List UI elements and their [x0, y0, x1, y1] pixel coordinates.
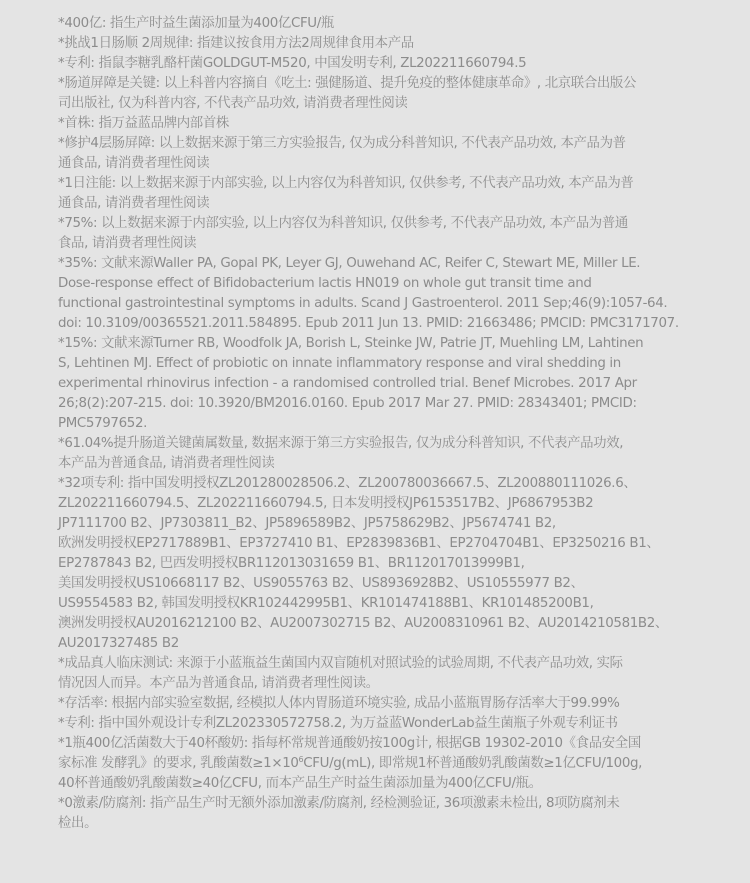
note-40-cups-yogurt: *1瓶400亿活菌数大于40杯酸奶: 指每杯常规普通酸奶按100g计, 根据GB…: [58, 734, 696, 794]
note-line: *肠道屏障是关键: 以上科普内容摘自《吃土: 强健肠道、提升免疫的整体健康革命》…: [58, 74, 696, 94]
note-line: *75%: 以上数据来源于内部实验, 以上内容仅为科普知识, 仅供参考, 不代表…: [58, 214, 696, 234]
note-line: *61.04%提升肠道关键菌属数量, 数据来源于第三方实验报告, 仅为成分科普知…: [58, 434, 696, 454]
note-line: 通食品, 请消费者理性阅读: [58, 154, 696, 174]
note-line: *修护4层肠屏障: 以上数据来源于第三方实验报告, 仅为成分科普知识, 不代表产…: [58, 134, 696, 154]
note-61-percent: *61.04%提升肠道关键菌属数量, 数据来源于第三方实验报告, 仅为成分科普知…: [58, 434, 696, 474]
note-line: Dose-response effect of Bifidobacterium …: [58, 274, 696, 294]
note-patent-design: *专利: 指中国外观设计专利ZL202330572758.2, 为万益蓝Wond…: [58, 714, 696, 734]
note-line: 26;8(2):207-215. doi: 10.3920/BM2016.016…: [58, 394, 696, 414]
note-line: EP2787843 B2, 巴西发明授权BR112013031659 B1、BR…: [58, 554, 696, 574]
note-patent-strain: *专利: 指鼠李糖乳酪杆菌GOLDGUT-M520, 中国发明专利, ZL202…: [58, 54, 696, 74]
note-line: 本产品为普通食品, 请消费者理性阅读: [58, 454, 696, 474]
note-35-percent-citation: *35%: 文献来源Waller PA, Gopal PK, Leyer GJ,…: [58, 254, 696, 334]
note-line: *35%: 文献来源Waller PA, Gopal PK, Leyer GJ,…: [58, 254, 696, 274]
note-line: 检出。: [58, 814, 696, 834]
note-line: JP7111700 B2、JP7303811_B2、JP5896589B2、JP…: [58, 514, 696, 534]
note-line: 欧洲发明授权EP2717889B1、EP3727410 B1、EP2839836…: [58, 534, 696, 554]
note-line: *15%: 文献来源Turner RB, Woodfolk JA, Borish…: [58, 334, 696, 354]
note-line: functional gastrointestinal symptoms in …: [58, 294, 696, 314]
note-gut-barrier: *肠道屏障是关键: 以上科普内容摘自《吃土: 强健肠道、提升免疫的整体健康革命》…: [58, 74, 696, 114]
note-line-part: 家标准 发酵乳》的要求, 乳酸菌数≥1×10: [58, 756, 299, 771]
note-75-percent: *75%: 以上数据来源于内部实验, 以上内容仅为科普知识, 仅供参考, 不代表…: [58, 214, 696, 254]
note-line: 司出版社, 仅为科普内容, 不代表产品功效, 请消费者理性阅读: [58, 94, 696, 114]
note-line: US9554583 B2, 韩国发明授权KR102442995B1、KR1014…: [58, 594, 696, 614]
note-line: 澳洲发明授权AU2016212100 B2、AU2007302715 B2、AU…: [58, 614, 696, 634]
note-line: *32项专利: 指中国发明授权ZL201280028506.2、ZL200780…: [58, 474, 696, 494]
note-repair-4-layers: *修护4层肠屏障: 以上数据来源于第三方实验报告, 仅为成分科普知识, 不代表产…: [58, 134, 696, 174]
note-15-percent-citation: *15%: 文献来源Turner RB, Woodfolk JA, Borish…: [58, 334, 696, 434]
note-line: 食品, 请消费者理性阅读: [58, 234, 696, 254]
note-line: 家标准 发酵乳》的要求, 乳酸菌数≥1×106CFU/g(mL), 即常规1杯普…: [58, 754, 696, 774]
note-first-strain: *首株: 指万益蓝品牌内部首株: [58, 114, 696, 134]
disclaimer-notes: *400亿: 指生产时益生菌添加量为400亿CFU/瓶 *挑战1日肠顺 2周规律…: [58, 14, 696, 834]
note-32-patents: *32项专利: 指中国发明授权ZL201280028506.2、ZL200780…: [58, 474, 696, 654]
note-line: AU2017327485 B2: [58, 634, 696, 654]
note-400yi: *400亿: 指生产时益生菌添加量为400亿CFU/瓶: [58, 14, 696, 34]
note-line: ZL202211660794.5、ZL202211660794.5, 日本发明授…: [58, 494, 696, 514]
note-line: S, Lehtinen MJ. Effect of probiotic on i…: [58, 354, 696, 374]
note-clinical-test: *成品真人临床测试: 来源于小蓝瓶益生菌国内双盲随机对照试验的试验周期, 不代表…: [58, 654, 696, 694]
note-line: experimental rhinovirus infection - a ra…: [58, 374, 696, 394]
note-line: 40杯普通酸奶乳酸菌数≥40亿CFU, 而本产品生产时益生菌添加量为400亿CF…: [58, 774, 696, 794]
note-line: *1日注能: 以上数据来源于内部实验, 以上内容仅为科普知识, 仅供参考, 不代…: [58, 174, 696, 194]
note-zero-hormone: *0激素/防腐剂: 指产品生产时无额外添加激素/防腐剂, 经检测验证, 36项激…: [58, 794, 696, 834]
note-line: PMC5797652.: [58, 414, 696, 434]
note-line-part: CFU/g(mL), 即常规1杯普通酸奶乳酸菌数≥1亿CFU/100g,: [303, 756, 642, 771]
note-line: *1瓶400亿活菌数大于40杯酸奶: 指每杯常规普通酸奶按100g计, 根据GB…: [58, 734, 696, 754]
note-line: *0激素/防腐剂: 指产品生产时无额外添加激素/防腐剂, 经检测验证, 36项激…: [58, 794, 696, 814]
note-line: *挑战1日肠顺 2周规律: 指建议按食用方法2周规律食用本产品: [58, 34, 696, 54]
note-line: *存活率: 根据内部实验室数据, 经模拟人体内胃肠道环境实验, 成品小蓝瓶胃肠存…: [58, 694, 696, 714]
note-line: *首株: 指万益蓝品牌内部首株: [58, 114, 696, 134]
note-line: *成品真人临床测试: 来源于小蓝瓶益生菌国内双盲随机对照试验的试验周期, 不代表…: [58, 654, 696, 674]
note-line: 情况因人而异。本产品为普通食品, 请消费者理性阅读。: [58, 674, 696, 694]
note-line: *专利: 指鼠李糖乳酪杆菌GOLDGUT-M520, 中国发明专利, ZL202…: [58, 54, 696, 74]
note-day1-effect: *1日注能: 以上数据来源于内部实验, 以上内容仅为科普知识, 仅供参考, 不代…: [58, 174, 696, 214]
note-line: doi: 10.3109/00365521.2011.584895. Epub …: [58, 314, 696, 334]
note-survival-rate: *存活率: 根据内部实验室数据, 经模拟人体内胃肠道环境实验, 成品小蓝瓶胃肠存…: [58, 694, 696, 714]
note-line: 美国发明授权US10668117 B2、US9055763 B2、US89369…: [58, 574, 696, 594]
note-line: *专利: 指中国外观设计专利ZL202330572758.2, 为万益蓝Wond…: [58, 714, 696, 734]
note-line: *400亿: 指生产时益生菌添加量为400亿CFU/瓶: [58, 14, 696, 34]
note-challenge: *挑战1日肠顺 2周规律: 指建议按食用方法2周规律食用本产品: [58, 34, 696, 54]
note-line: 通食品, 请消费者理性阅读: [58, 194, 696, 214]
